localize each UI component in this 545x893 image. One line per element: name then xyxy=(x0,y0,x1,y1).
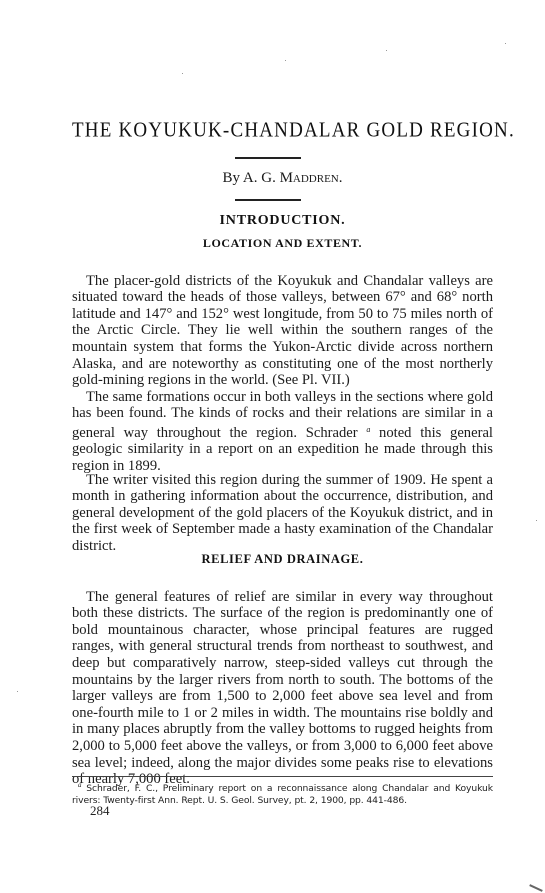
section-heading-introduction: INTRODUCTION. xyxy=(72,213,493,229)
document-title: THE KOYUKUK-CHANDALAR GOLD REGION. xyxy=(72,119,493,143)
footnote-mark: a xyxy=(78,781,81,789)
scan-speck xyxy=(17,691,18,692)
footnote-divider xyxy=(72,776,493,777)
byline-divider xyxy=(235,199,301,201)
section-heading-relief: RELIEF AND DRAINAGE. xyxy=(72,552,493,567)
scan-speck xyxy=(505,43,506,44)
footnote-text: Schrader, F. C., Preliminary report on a… xyxy=(72,783,493,806)
scan-speck xyxy=(386,50,387,51)
footnote: a Schrader, F. C., Preliminary report on… xyxy=(72,779,493,807)
page-number: 284 xyxy=(90,803,110,819)
scan-mark xyxy=(529,884,543,892)
subsection-heading-location: LOCATION AND EXTENT. xyxy=(72,236,493,251)
scan-speck xyxy=(285,60,286,61)
paragraph-location-3: The writer visited this region during th… xyxy=(72,472,493,555)
scan-speck xyxy=(182,73,183,74)
paragraph-location-1: The placer-gold districts of the Koyukuk… xyxy=(72,273,493,389)
paragraph-relief-1: The general features of relief are simil… xyxy=(72,589,493,788)
byline-prefix: By A. G. xyxy=(222,170,279,186)
paragraph-location-2: The same formations occur in both valley… xyxy=(72,389,493,475)
title-divider xyxy=(235,157,301,159)
scan-speck xyxy=(536,520,537,521)
byline: By A. G. Maddren. xyxy=(72,170,493,187)
author-name: Maddren. xyxy=(280,170,343,186)
